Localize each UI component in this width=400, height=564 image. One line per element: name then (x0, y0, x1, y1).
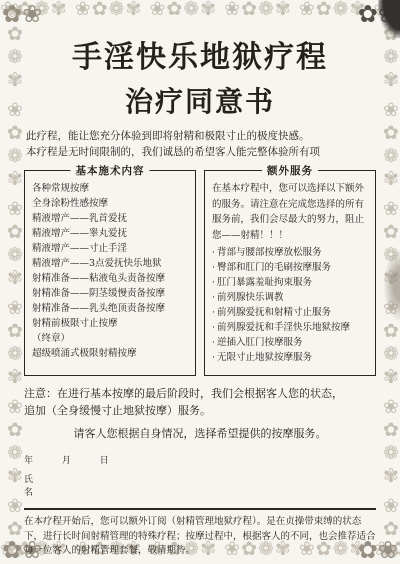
bullet-icon: · (212, 292, 215, 303)
basic-service-item: 精液增产——乳首爱抚 (32, 211, 189, 226)
basic-service-item: 射精准备——粘液龟头责备按摩 (32, 271, 189, 286)
basic-service-item: 各种常规按摩 (32, 181, 189, 196)
bullet-icon: · (212, 352, 215, 363)
extra-service-item: ·前列腺爱抚和射精寸止服务 (212, 305, 369, 320)
basic-service-item: 射精准备——阴茎缓慢责备按摩 (32, 286, 189, 301)
bullet-icon: · (212, 337, 215, 348)
floral-border-left-icon: ❀✿❁✾ ❀✿❁✾ ❀✿❁✾ ❀✿❁✾ ❀✿❁✾ ❀✿❁✾ ❀✿❁✾ ❀✿❁✾ … (0, 0, 24, 564)
floral-border-top-icon: ❀✿❁✾ ❀✿❁✾ ❀✿❁✾ ❀✿❁✾ ❀✿❁✾ ❀✿❁✾ ❀✿❁✾ ❀✿❁✾ … (0, 0, 400, 24)
intro-line1: 此疗程，能让您充分体验到即将射精和极限寸止的极度快感。 (26, 128, 374, 144)
bullet-icon: · (212, 277, 215, 288)
day-label: 日 (100, 453, 109, 466)
basic-service-item: 精液增产——3点爱抚快乐地狱 (32, 256, 189, 271)
floral-shade-right (384, 250, 400, 320)
footer-paragraph: 在本疗程开始后，您可以额外订阅（射精管理地狱疗程）。是在贞操带束缚的状态下，进行… (24, 515, 376, 559)
extra-service-label: 前列腺快乐调教 (217, 292, 284, 303)
note-paragraph: 注意：在进行基本按摩的最后阶段时，我们会根据客人您的状态， 追加（全身缓慢寸止地… (24, 386, 376, 419)
extra-services-box: 额外服务 在基本疗程中，您可以选择以下额外的服务。请注意在完成您选择的所有服务前… (204, 170, 376, 376)
document-title-line1: 手淫快乐地狱疗程 (24, 32, 376, 76)
extra-service-item: ·逆插入肛门按摩服务 (212, 335, 369, 350)
name-field-label: 氏 名 (24, 474, 376, 500)
extra-service-label: 肛门暴露羞耻拘束服务 (217, 277, 312, 288)
basic-service-item: （终章） (32, 331, 189, 346)
intro-line2: 本疗程是无时间限制的，我们诚恳的希望客人能完整体验所有项 (26, 144, 374, 160)
basic-service-item: 精液增产——寸止手淫 (32, 241, 189, 256)
basic-service-item: 射精准备——乳头绝顶责备按摩 (32, 301, 189, 316)
extra-service-item: ·肛门暴露羞耻拘束服务 (212, 275, 369, 290)
scanned-consent-form: ❀✿❁✾ ❀✿❁✾ ❀✿❁✾ ❀✿❁✾ ❀✿❁✾ ❀✿❁✾ ❀✿❁✾ ❀✿❁✾ … (0, 0, 400, 564)
floral-corner-topleft-icon: ✿❀ (2, 2, 42, 26)
bullet-icon: · (212, 247, 215, 258)
extra-service-label: 背部与腰部按摩放松服务 (217, 247, 322, 258)
extra-services-intro: 在基本疗程中，您可以选择以下额外的服务。请注意在完成您选择的所有服务前，我们会尽… (212, 181, 369, 243)
name-char-2: 名 (24, 487, 376, 500)
year-label: 年 (24, 453, 33, 466)
request-line: 请客人您根据自身情况，选择希望提供的按摩服务。 (24, 425, 376, 441)
dark-ink-blot (378, 0, 400, 38)
bullet-icon: · (212, 322, 215, 333)
extra-service-label: 臀部和肛门的毛刷按摩服务 (217, 262, 331, 273)
basic-service-item: 全身涂粉性感按摩 (32, 196, 189, 211)
bullet-icon: · (212, 262, 215, 273)
extra-service-label: 前列腺爱抚和手淫快乐地狱按摩 (217, 322, 350, 333)
basic-services-box-title: 基本施术内容 (71, 163, 150, 178)
extra-service-item: ·臀部和肛门的毛刷按摩服务 (212, 260, 369, 275)
extra-service-label: 前列腺爱抚和射精寸止服务 (217, 307, 331, 318)
name-char-1: 氏 (24, 474, 376, 487)
extra-service-label: 无限寸止地狱按摩服务 (217, 352, 312, 363)
intro-paragraph: 此疗程，能让您充分体验到即将射精和极限寸止的极度快感。 本疗程是无时间限制的，我… (24, 128, 376, 160)
extra-service-item: ·背部与腰部按摩放松服务 (212, 245, 369, 260)
bullet-icon: · (212, 307, 215, 318)
extra-service-item: ·前列腺爱抚和手淫快乐地狱按摩 (212, 320, 369, 335)
extra-services-box-title: 额外服务 (262, 163, 318, 178)
date-line: 年 月 日 (24, 453, 376, 466)
note-line2: 追加（全身缓慢寸止地狱按摩）服务。 (24, 403, 376, 420)
note-line1: 注意：在进行基本按摩的最后阶段时，我们会根据客人您的状态， (24, 386, 376, 403)
document-title-line2: 治疗同意书 (24, 80, 376, 120)
extra-service-item: ·无限寸止地狱按摩服务 (212, 350, 369, 365)
basic-service-item: 射精前极限寸止按摩 (32, 316, 189, 331)
signature-block: 年 月 日 氏 名 (24, 453, 376, 500)
footer-section: 在本疗程开始后，您可以额外订阅（射精管理地狱疗程）。是在贞操带束缚的状态下，进行… (24, 508, 376, 559)
extra-service-item: ·前列腺快乐调教 (212, 290, 369, 305)
basic-service-item: 超级喷涌式极限射精按摩 (32, 346, 189, 361)
extra-service-label: 逆插入肛门按摩服务 (217, 337, 303, 348)
basic-service-item: 精液增产——睾丸爱抚 (32, 226, 189, 241)
month-label: 月 (62, 453, 71, 466)
basic-services-box: 基本施术内容 各种常规按摩 全身涂粉性感按摩 精液增产——乳首爱抚 精液增产——… (24, 170, 196, 376)
